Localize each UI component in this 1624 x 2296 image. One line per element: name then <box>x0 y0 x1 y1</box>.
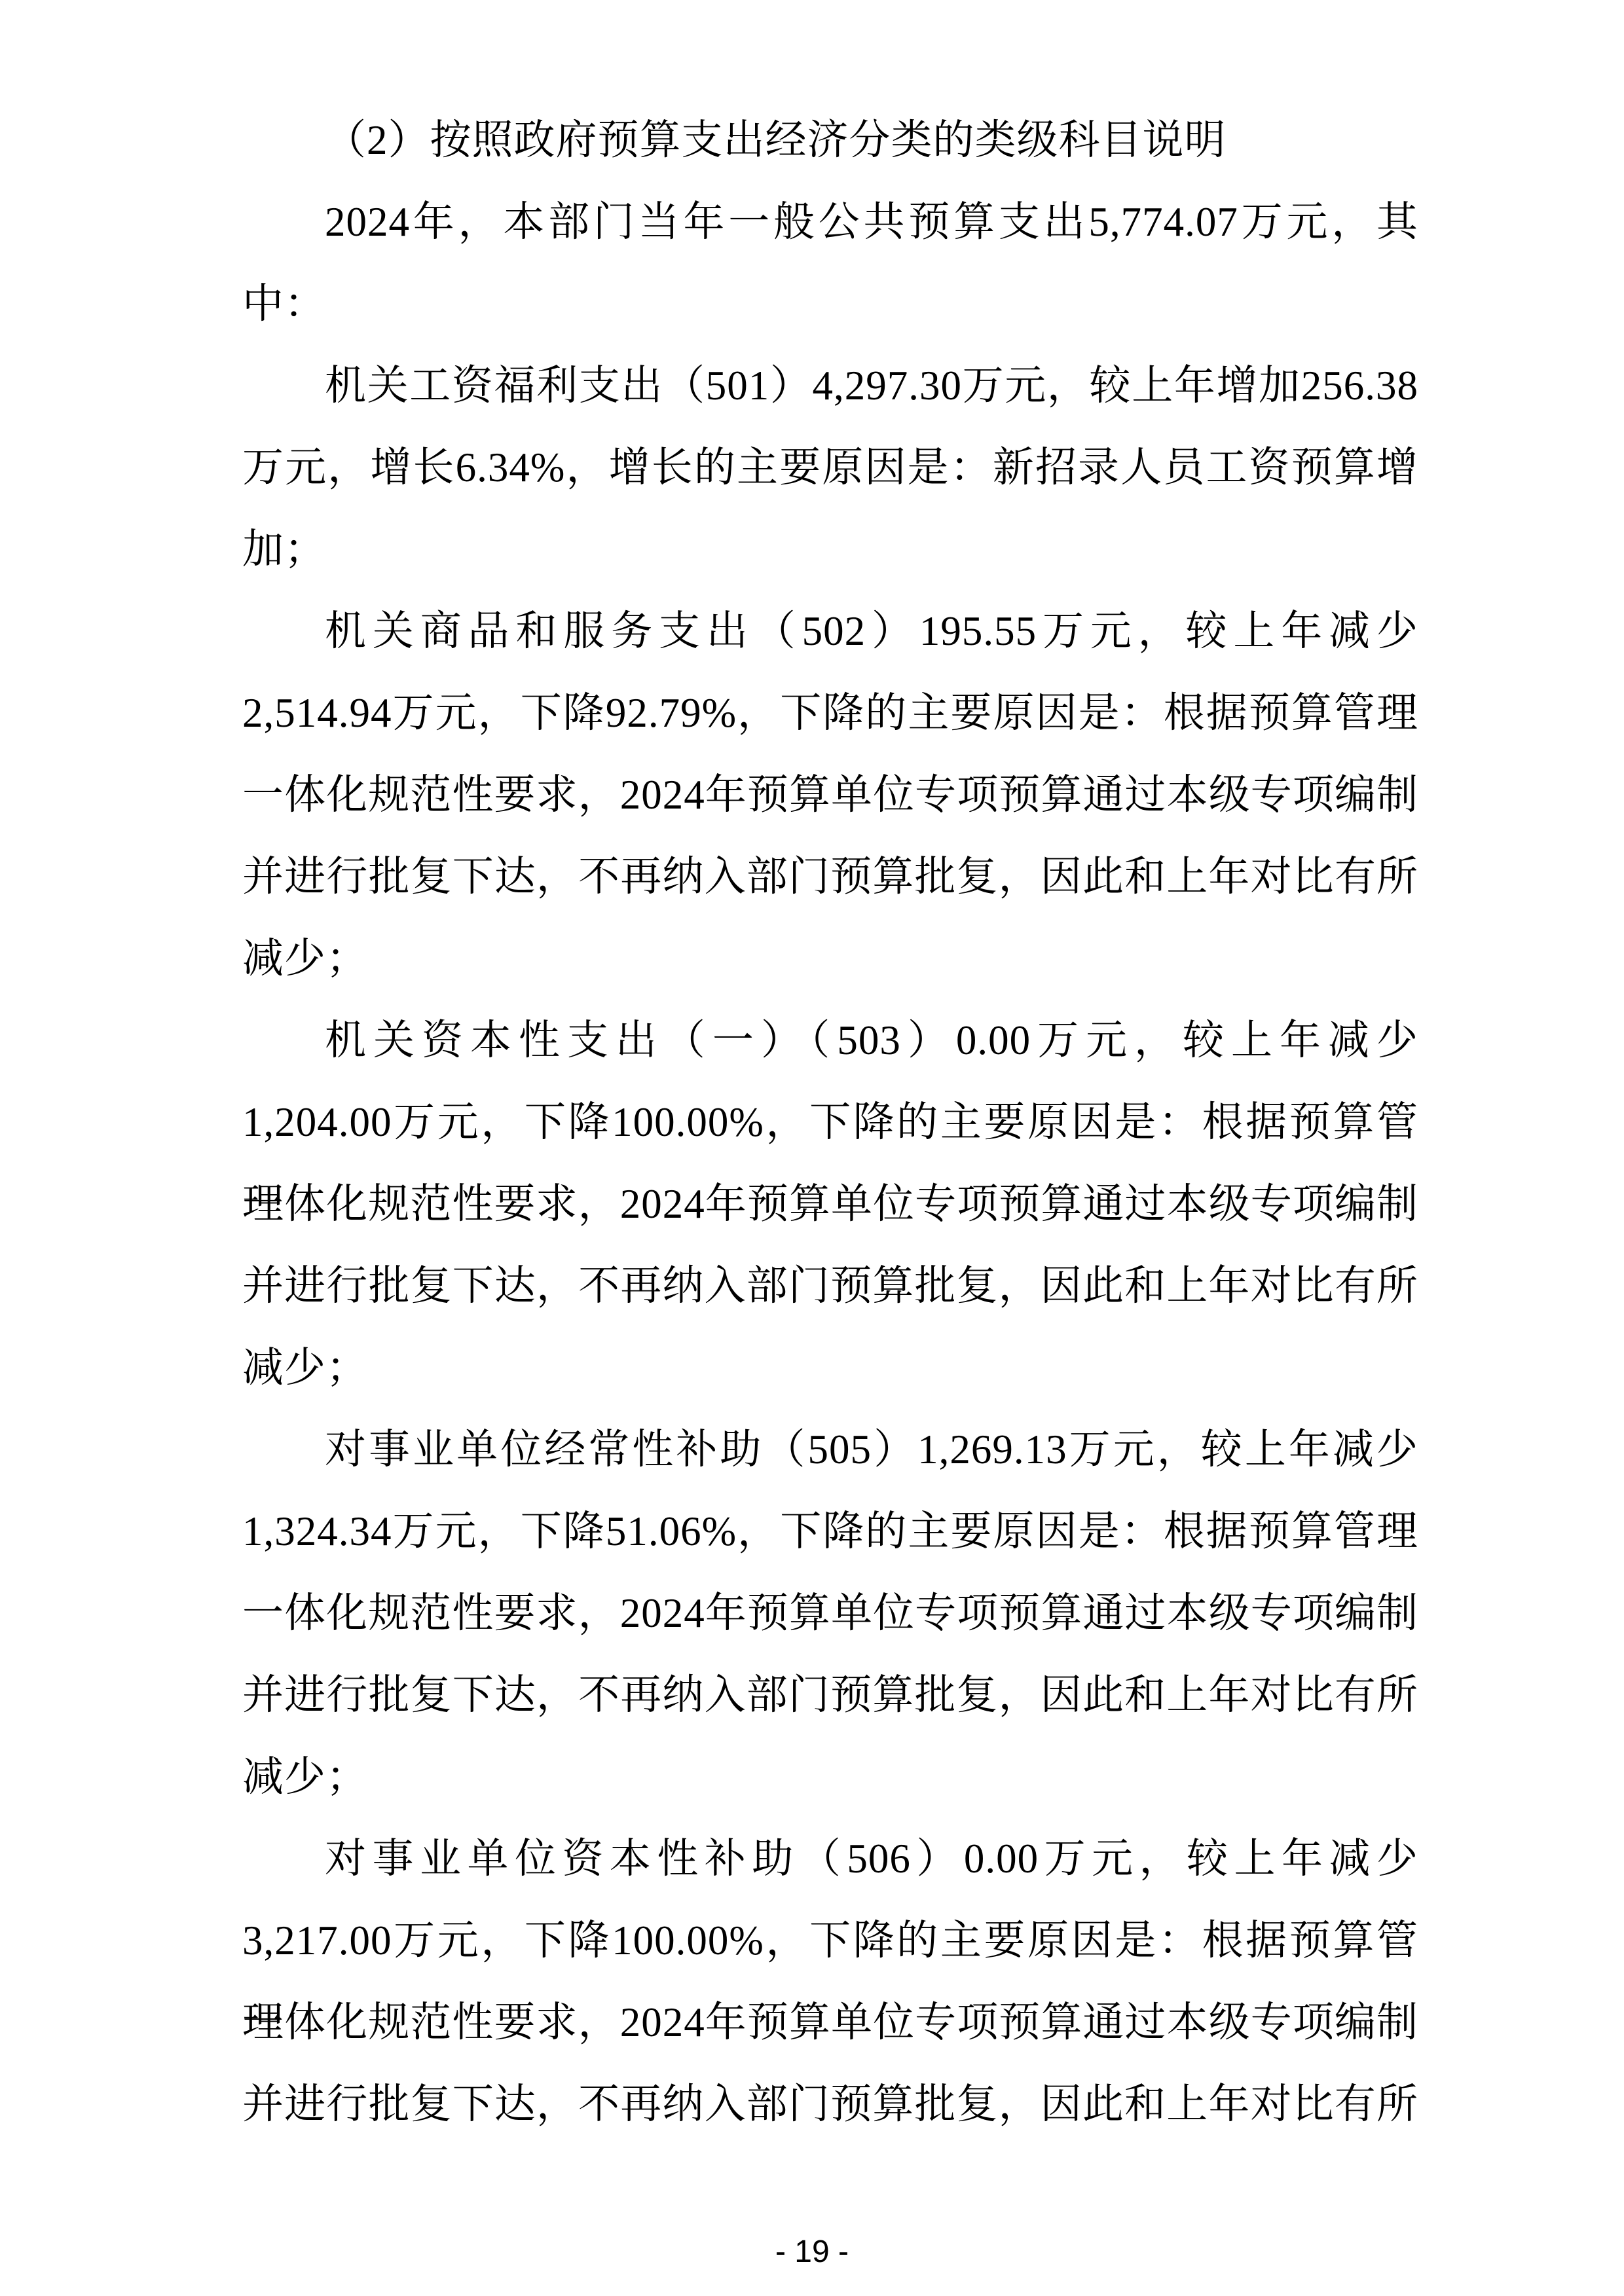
text-line: 1,204.00万元，下降100.00%，下降的主要原因是：根据预算管理 <box>242 1082 1418 1163</box>
text-line: 并进行批复下达，不再纳入部门预算批复，因此和上年对比有所 <box>242 1245 1418 1327</box>
document-page: （2）按照政府预算支出经济分类的类级科目说明2024年，本部门当年一般公共预算支… <box>0 0 1624 2296</box>
text-line: 机关工资福利支出（501）4,297.30万元，较上年增加256.38 <box>242 345 1418 427</box>
page-number: - 19 - <box>0 2232 1624 2272</box>
text-line: 对事业单位资本性补助（506）0.00万元，较上年减少 <box>242 1818 1418 1900</box>
text-line: 一体化规范性要求，2024年预算单位专项预算通过本级专项编制 <box>242 1982 1418 2064</box>
text-line: 减少； <box>242 1327 1418 1409</box>
text-line: 并进行批复下达，不再纳入部门预算批复，因此和上年对比有所 <box>242 2064 1418 2145</box>
text-line: 加； <box>242 509 1418 591</box>
text-line: 减少； <box>242 1736 1418 1818</box>
text-line: （2）按照政府预算支出经济分类的类级科目说明 <box>242 100 1418 181</box>
text-line: 万元，增长6.34%，增长的主要原因是：新招录人员工资预算增 <box>242 427 1418 509</box>
text-line: 对事业单位经常性补助（505）1,269.13万元，较上年减少 <box>242 1409 1418 1491</box>
text-line: 一体化规范性要求，2024年预算单位专项预算通过本级专项编制 <box>242 1163 1418 1245</box>
text-line: 一体化规范性要求，2024年预算单位专项预算通过本级专项编制 <box>242 754 1418 836</box>
text-line: 2,514.94万元，下降92.79%，下降的主要原因是：根据预算管理 <box>242 672 1418 754</box>
document-body: （2）按照政府预算支出经济分类的类级科目说明2024年，本部门当年一般公共预算支… <box>242 100 1418 2145</box>
text-line: 机关资本性支出（一）（503）0.00万元，较上年减少 <box>242 1000 1418 1082</box>
text-line: 一体化规范性要求，2024年预算单位专项预算通过本级专项编制 <box>242 1573 1418 1654</box>
text-line: 减少； <box>242 918 1418 1000</box>
text-line: 并进行批复下达，不再纳入部门预算批复，因此和上年对比有所 <box>242 1654 1418 1736</box>
text-line: 机关商品和服务支出（502）195.55万元，较上年减少 <box>242 591 1418 672</box>
text-line: 并进行批复下达，不再纳入部门预算批复，因此和上年对比有所 <box>242 836 1418 918</box>
text-line: 2024年，本部门当年一般公共预算支出5,774.07万元，其 <box>242 181 1418 263</box>
text-line: 1,324.34万元，下降51.06%，下降的主要原因是：根据预算管理 <box>242 1491 1418 1573</box>
text-line: 中： <box>242 263 1418 345</box>
text-line: 3,217.00万元，下降100.00%，下降的主要原因是：根据预算管理 <box>242 1900 1418 1982</box>
